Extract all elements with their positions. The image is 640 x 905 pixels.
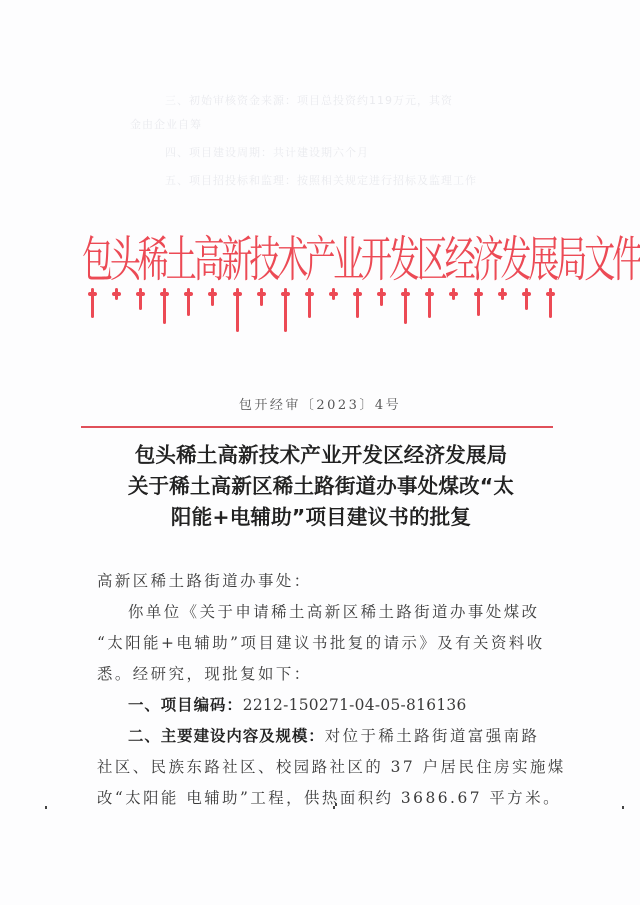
mongolian-glyph [449,288,459,300]
mongolian-glyph [522,288,532,310]
mongolian-glyph [88,288,98,318]
document-title-line-3: 阳能+电辅助”项目建议书的批复 [90,502,552,533]
bleed-through-text-4: 五、项目招投标和监理：按照相关规定进行招标及监理工作 [165,172,477,188]
mongolian-glyph [425,288,435,318]
mongolian-glyph [546,288,556,318]
item-2-label: 二、主要建设内容及规模： [128,727,325,745]
paragraph-1-line-2: “太阳能+电辅助”项目建议书批复的请示》及有关资料收 [97,628,547,659]
mongolian-glyph [329,288,339,300]
document-title-line-1: 包头稀土高新技术产业开发区经济发展局 [90,440,552,471]
red-separator-line [81,426,553,428]
document-title-line-2: 关于稀土高新区稀土路街道办事处煤改“太 [90,471,552,502]
mongolian-glyph [377,288,387,306]
bleed-through-text-1: 三、初始审核资金来源：项目总投资约119万元，其资 [165,92,453,108]
mongolian-glyph [136,288,146,310]
scan-speck [333,806,335,809]
paragraph-1-line-1: 你单位《关于申请稀土高新区稀土路街道办事处煤改 [97,597,547,628]
item-2-line-2: 社区、民族东路社区、校园路社区的 37 户居民住房实施煤 [97,752,547,783]
mongolian-glyph [474,288,484,316]
mongolian-glyph [353,288,363,318]
mongolian-glyph [160,288,170,324]
document-body: 高新区稀土路街道办事处： 你单位《关于申请稀土高新区稀土路街道办事处煤改 “太阳… [97,566,547,814]
bleed-through-text-3: 四、项目建设周期：共计建设期六个月 [165,144,369,160]
mongolian-glyph [112,288,122,300]
document-number: 包开经审〔2023〕4号 [0,394,640,413]
scan-speck [335,803,337,806]
item-2-construction-content: 二、主要建设内容及规模：对位于稀土路街道富强南路 [97,721,547,752]
document-title: 包头稀土高新技术产业开发区经济发展局 关于稀土高新区稀土路街道办事处煤改“太 阳… [90,440,552,533]
mongolian-glyph [208,288,218,306]
letterhead-mongolian-subtitle [88,288,556,338]
item-1-value: 2212-150271-04-05-816136 [243,696,467,714]
mongolian-glyph [257,288,267,306]
item-1-project-code: 一、项目编码：2212-150271-04-05-816136 [97,690,547,721]
mongolian-glyph [498,288,508,300]
mongolian-glyph [305,288,315,318]
mongolian-glyph [184,288,194,316]
item-2-line-1: 对位于稀土路街道富强南路 [325,727,540,745]
addressee: 高新区稀土路街道办事处： [97,566,547,597]
scan-speck [45,806,47,809]
mongolian-glyph [281,288,291,332]
item-2-line-3: 改“太阳能 电辅助”工程，供热面积约 3686.67 平方米。 [97,783,547,814]
mongolian-glyph [233,288,243,332]
item-1-label: 一、项目编码： [128,696,243,714]
mongolian-glyph [401,288,411,324]
bleed-through-text-2: 金由企业自筹 [130,116,202,132]
paragraph-1-line-3: 悉。经研究，现批复如下： [97,659,547,690]
scan-speck [622,806,624,809]
